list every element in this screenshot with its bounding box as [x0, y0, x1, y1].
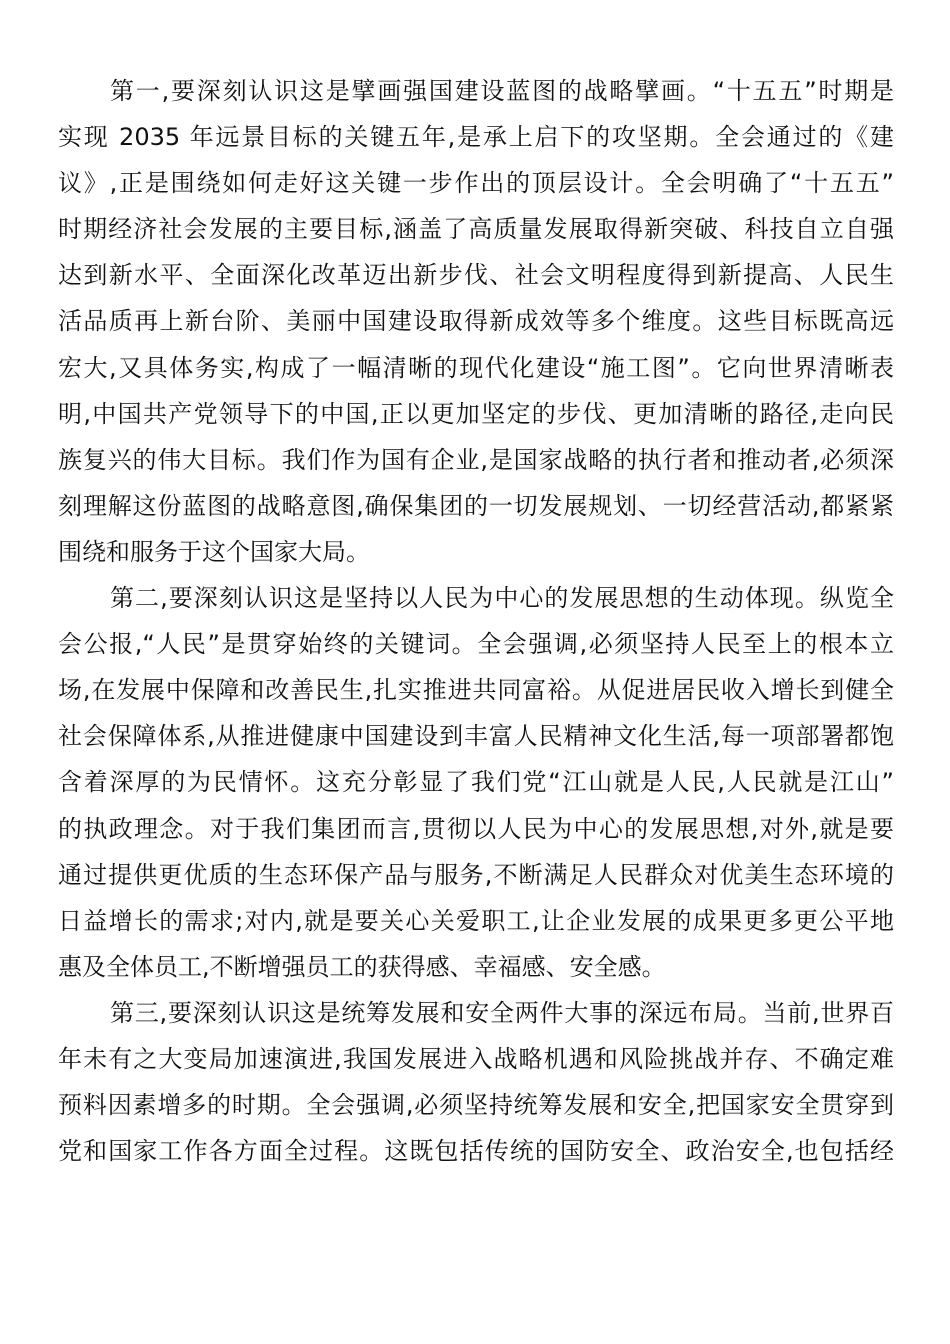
document-page: 第一,要深刻认识这是擘画强国建设蓝图的战略擘画。“十五五”时期是 实现 2035… [58, 68, 894, 1174]
text-line: 惠及全体员工,不断增强员工的获得感、幸福感、安全感。 [58, 944, 894, 990]
text-line: 党和国家工作各方面全过程。这既包括传统的国防安全、政治安全,也包括经 [58, 1128, 894, 1174]
text-line: 明,中国共产党领导下的中国,正以更加坚定的步伐、更加清晰的路径,走向民 [58, 391, 894, 437]
text-line: 会公报,“人民”是贯穿始终的关键词。全会强调,必须坚持人民至上的根本立 [58, 621, 894, 667]
text-line: 实现 2035 年远景目标的关键五年,是承上启下的攻坚期。全会通过的《建 [58, 114, 894, 160]
text-line: 第三,要深刻认识这是统筹发展和安全两件大事的深远布局。当前,世界百 [58, 990, 894, 1036]
text-line: 第一,要深刻认识这是擘画强国建设蓝图的战略擘画。“十五五”时期是 [58, 68, 894, 114]
text-line: 含着深厚的为民情怀。这充分彰显了我们党“江山就是人民,人民就是江山” [58, 759, 894, 805]
text-line: 议》,正是围绕如何走好这关键一步作出的顶层设计。全会明确了“十五五” [58, 160, 894, 206]
text-line: 场,在发展中保障和改善民生,扎实推进共同富裕。从促进居民收入增长到健全 [58, 667, 894, 713]
paragraph-1: 第一,要深刻认识这是擘画强国建设蓝图的战略擘画。“十五五”时期是 实现 2035… [58, 68, 894, 575]
paragraph-3: 第三,要深刻认识这是统筹发展和安全两件大事的深远布局。当前,世界百 年未有之大变… [58, 990, 894, 1174]
text-line: 刻理解这份蓝图的战略意图,确保集团的一切发展规划、一切经营活动,都紧紧 [58, 483, 894, 529]
text-line: 第二,要深刻认识这是坚持以人民为中心的发展思想的生动体现。纵览全 [58, 575, 894, 621]
text-line: 日益增长的需求;对内,就是要关心关爱职工,让企业发展的成果更多更公平地 [58, 898, 894, 944]
text-line: 社会保障体系,从推进健康中国建设到丰富人民精神文化生活,每一项部署都饱 [58, 713, 894, 759]
text-line: 年未有之大变局加速演进,我国发展进入战略机遇和风险挑战并存、不确定难 [58, 1036, 894, 1082]
text-line: 通过提供更优质的生态环保产品与服务,不断满足人民群众对优美生态环境的 [58, 852, 894, 898]
text-line: 的执政理念。对于我们集团而言,贯彻以人民为中心的发展思想,对外,就是要 [58, 806, 894, 852]
text-line: 时期经济社会发展的主要目标,涵盖了高质量发展取得新突破、科技自立自强 [58, 206, 894, 252]
paragraph-2: 第二,要深刻认识这是坚持以人民为中心的发展思想的生动体现。纵览全 会公报,“人民… [58, 575, 894, 990]
text-line: 宏大,又具体务实,构成了一幅清晰的现代化建设“施工图”。它向世界清晰表 [58, 345, 894, 391]
text-line: 达到新水平、全面深化改革迈出新步伐、社会文明程度得到新提高、人民生 [58, 252, 894, 298]
text-line: 预料因素增多的时期。全会强调,必须坚持统筹发展和安全,把国家安全贯穿到 [58, 1082, 894, 1128]
text-line: 活品质再上新台阶、美丽中国建设取得新成效等多个维度。这些目标既高远 [58, 298, 894, 344]
text-line: 围绕和服务于这个国家大局。 [58, 529, 894, 575]
text-line: 族复兴的伟大目标。我们作为国有企业,是国家战略的执行者和推动者,必须深 [58, 437, 894, 483]
